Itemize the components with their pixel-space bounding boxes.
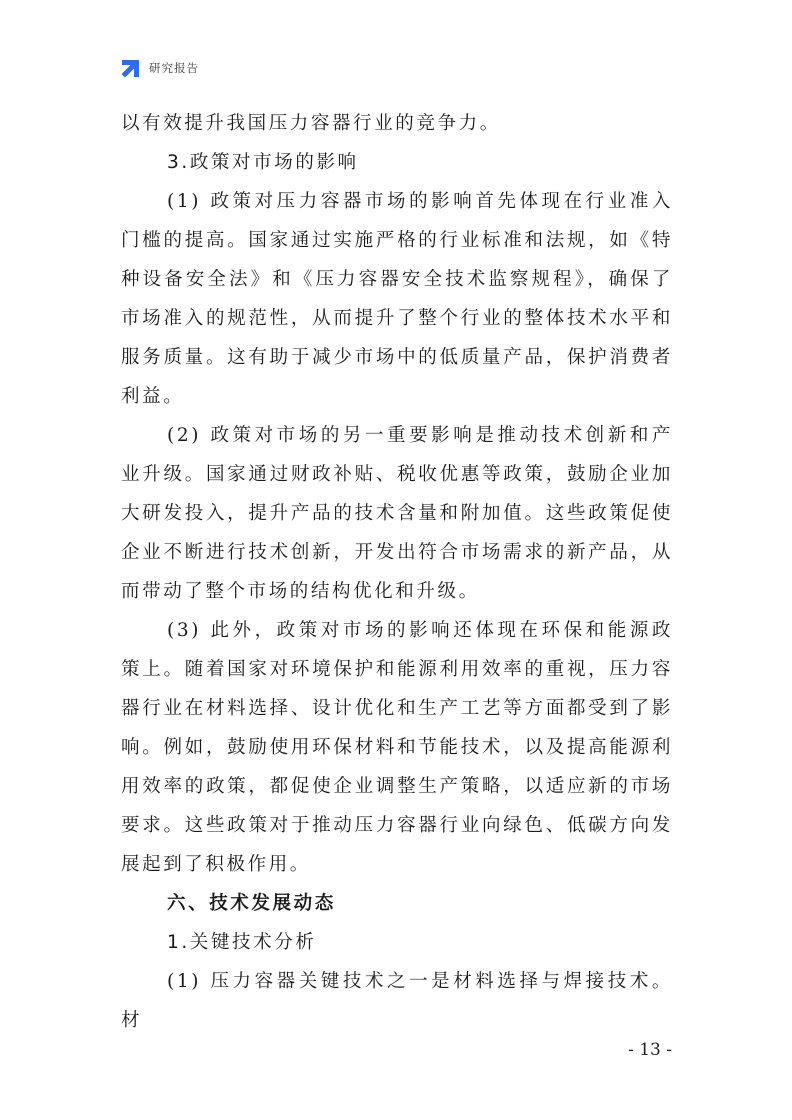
paragraph-policy-point-2: (2) 政策对市场的另一重要影响是推动技术创新和产业升级。国家通过财政补贴、税收…: [121, 416, 673, 611]
paragraph-policy-point-3: (3) 此外，政策对市场的影响还体现在环保和能源政策上。随着国家对环境保护和能源…: [121, 611, 673, 884]
subheading-key-tech-analysis: 1.关键技术分析: [121, 923, 673, 962]
section-heading-tech-trends: 六、技术发展动态: [121, 884, 673, 923]
paragraph-policy-point-1: (1) 政策对压力容器市场的影响首先体现在行业准入门槛的提高。国家通过实施严格的…: [121, 182, 673, 416]
header-title: 研究报告: [149, 60, 199, 76]
subheading-policy-market-impact: 3.政策对市场的影响: [121, 143, 673, 182]
arrow-up-right-icon: [120, 58, 141, 79]
document-body: 以有效提升我国压力容器行业的竞争力。 3.政策对市场的影响 (1) 政策对压力容…: [121, 104, 673, 1040]
report-header: 研究报告: [120, 57, 199, 79]
paragraph-key-tech-point-1: (1) 压力容器关键技术之一是材料选择与焊接技术。材: [121, 962, 673, 1040]
paragraph-continuation: 以有效提升我国压力容器行业的竞争力。: [121, 104, 673, 143]
page-number: - 13 -: [628, 1040, 672, 1060]
